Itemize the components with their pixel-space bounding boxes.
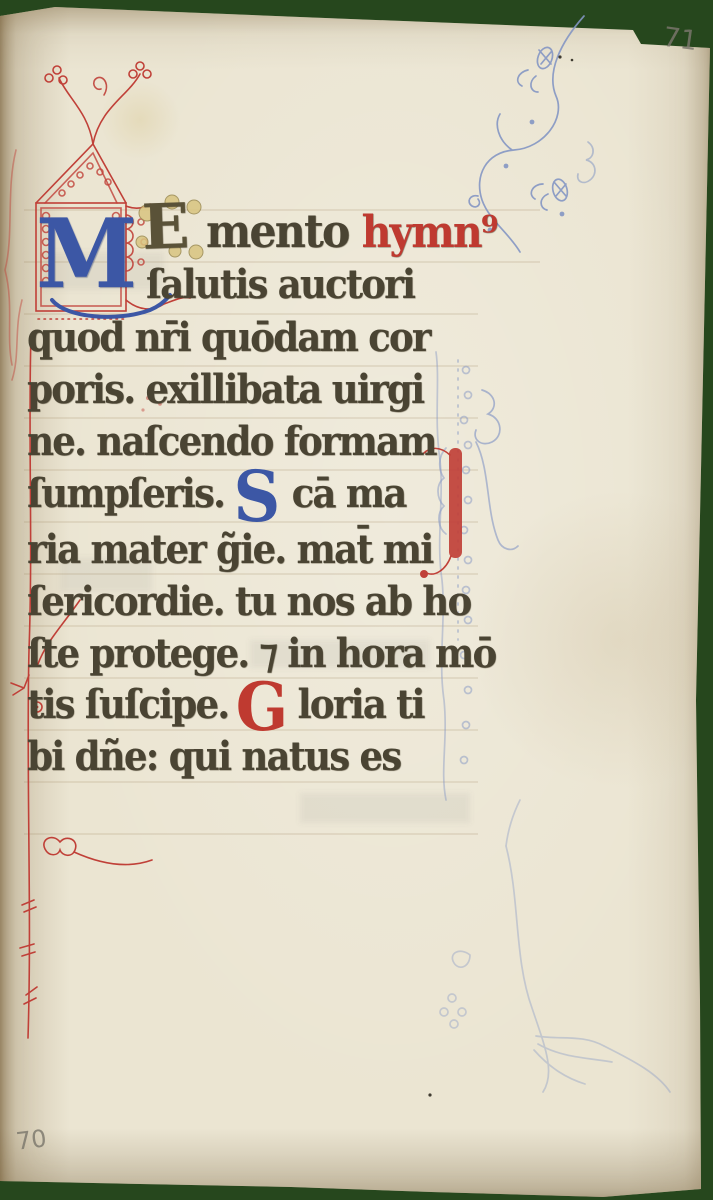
text-line: mentohymn⁹ <box>206 204 497 258</box>
text-segment: ne. naſcendo formam <box>27 418 436 465</box>
text-segment: loria ti <box>298 681 424 728</box>
text-line: bi dñe: qui natus es <box>27 733 400 780</box>
text-segment: ſumpſeris. <box>27 470 224 517</box>
text-segment: ria mater g̃ie. mat̄ mi <box>27 526 432 573</box>
text-line: ſumpſeris.Scā ma <box>27 470 405 517</box>
text-segment: ſericordie. tu nos ab ho <box>27 578 470 625</box>
text-segment: poris. exillibata uirgi <box>27 366 423 413</box>
text-segment: quod nr̄i quōdam cor <box>27 314 430 361</box>
text-segment: ſalutis auctori <box>146 261 414 308</box>
text-line: ne. naſcendo formam <box>27 418 436 465</box>
text-segment: cā ma <box>292 470 406 517</box>
text-line: quod nr̄i quōdam cor <box>27 314 430 361</box>
illuminated-initial-m: M <box>36 206 137 302</box>
text-segment: tis ſuſcipe. <box>27 681 228 728</box>
rubric-segment: hymn⁹ <box>362 207 497 258</box>
text-segment: mento <box>206 204 349 258</box>
text-line: poris. exillibata uirgi <box>27 366 423 413</box>
text-line: ſalutis auctori <box>146 261 414 308</box>
text-segment: bi dñe: qui natus es <box>27 733 400 780</box>
text-line: tis ſuſcipe.Gloria ti <box>27 681 424 728</box>
cadel-capital-e: E <box>141 195 190 259</box>
folio-number-top-right: 71 <box>661 22 699 57</box>
text-line: ria mater g̃ie. mat̄ mi <box>27 526 432 573</box>
folio-number-bottom-left: 70 <box>14 1124 48 1156</box>
text-line: ſericordie. tu nos ab ho <box>27 578 470 625</box>
